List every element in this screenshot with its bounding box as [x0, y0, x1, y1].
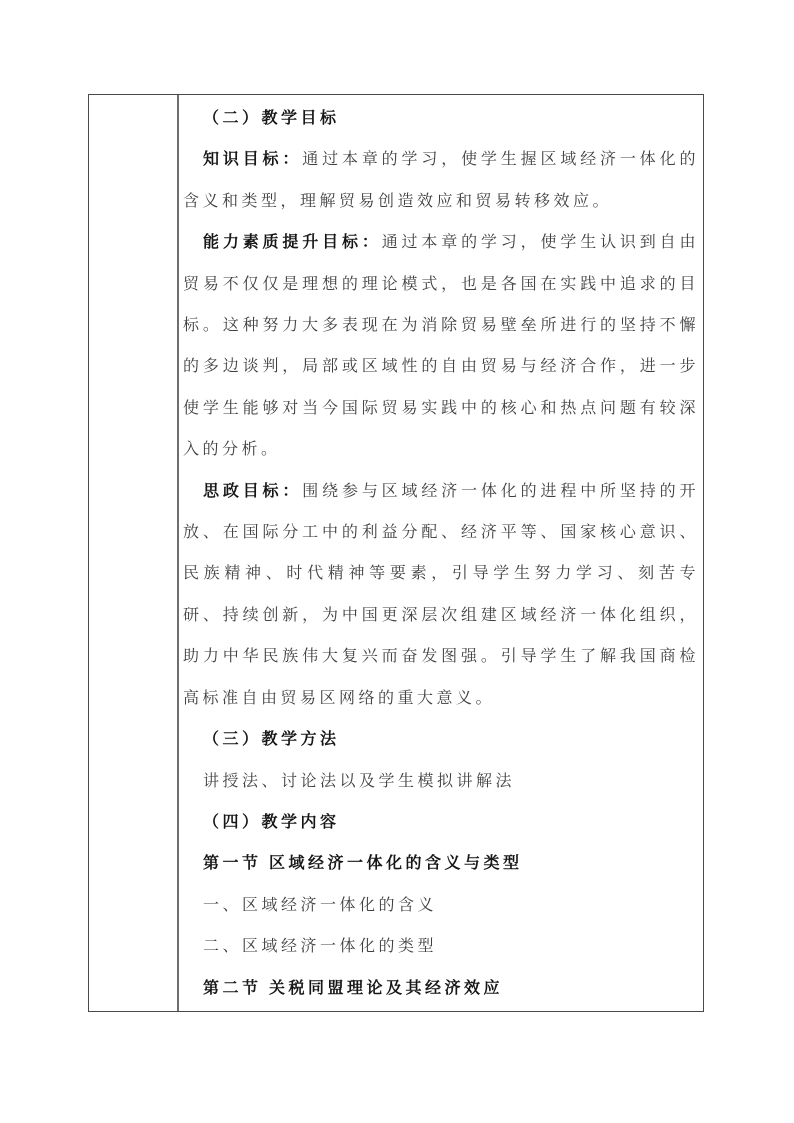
objective-paragraph-knowledge: 知识目标：通过本章的学习，使学生握区域经济一体化的含义和类型，理解贸易创造效应和… — [183, 139, 699, 222]
section-heading-content: （四）教学内容 — [183, 802, 699, 843]
objective-text-ideology: 围绕参与区域经济一体化的进程中所坚持的开放、在国际分工中的利益分配、经济平等、国… — [183, 483, 699, 707]
chapter-item-2-1: 一、关税同盟理论的概述 — [183, 1009, 699, 1011]
objective-paragraph-ability: 能力素质提升目标：通过本章的学习，使学生认识到自由贸易不仅仅是理想的理论模式，也… — [183, 222, 699, 470]
document-page: （二）教学目标 知识目标：通过本章的学习，使学生握区域经济一体化的含义和类型，理… — [0, 0, 794, 1123]
chapter-item-1-1: 一、区域经济一体化的含义 — [183, 885, 699, 926]
methods-text: 讲授法、讨论法以及学生模拟讲解法 — [183, 761, 699, 802]
chapter-heading-1: 第一节 区域经济一体化的含义与类型 — [183, 843, 699, 884]
objective-lead-ability: 能力素质提升目标： — [203, 234, 382, 251]
lesson-plan-table: （二）教学目标 知识目标：通过本章的学习，使学生握区域经济一体化的含义和类型，理… — [88, 94, 704, 1012]
section-heading-methods: （三）教学方法 — [183, 719, 699, 760]
empty-label-cell — [89, 95, 179, 1011]
chapter-item-1-2: 二、区域经济一体化的类型 — [183, 926, 699, 967]
section-heading-objectives: （二）教学目标 — [183, 98, 699, 139]
chapter-heading-2: 第二节 关税同盟理论及其经济效应 — [183, 968, 699, 1009]
content-cell: （二）教学目标 知识目标：通过本章的学习，使学生握区域经济一体化的含义和类型，理… — [179, 95, 703, 1011]
objective-lead-knowledge: 知识目标： — [203, 151, 302, 168]
objective-paragraph-ideology: 思政目标：围绕参与区域经济一体化的进程中所坚持的开放、在国际分工中的利益分配、经… — [183, 471, 699, 719]
objective-text-ability: 通过本章的学习，使学生认识到自由贸易不仅仅是理想的理论模式，也是各国在实践中追求… — [183, 234, 699, 458]
objective-lead-ideology: 思政目标： — [203, 483, 302, 500]
